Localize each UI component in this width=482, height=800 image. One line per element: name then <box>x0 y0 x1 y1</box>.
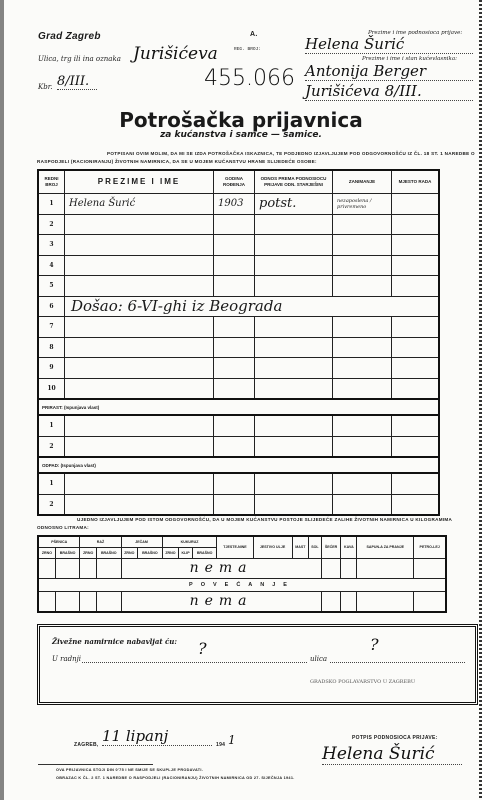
sub-grain: ZRNO <box>121 548 138 559</box>
footnote-divider <box>38 764 153 765</box>
birth-year[interactable] <box>214 415 255 436</box>
table-row: 6 Došao: 6-VI-ghi iz Beograda <box>38 296 439 317</box>
relation[interactable] <box>255 378 333 399</box>
person-name[interactable] <box>65 235 214 256</box>
table-row: 8 <box>38 337 439 358</box>
form-title: Potrošačka prijavnica <box>0 108 482 132</box>
shop-field[interactable] <box>82 661 307 663</box>
header-petroleum: PETRO-LEJ <box>414 536 446 559</box>
workplace[interactable] <box>392 235 440 256</box>
sub-grain: ZRNO <box>162 548 179 559</box>
procurement-label: Živežne namirnice nabavljat ću: <box>52 637 177 646</box>
header-workplace: MJESTO RADA <box>392 170 440 194</box>
header-year: GODINA ROĐENJA <box>214 170 255 194</box>
relation[interactable] <box>255 436 333 457</box>
occupation[interactable] <box>333 415 392 436</box>
owner-name: Antonija Berger <box>305 62 473 81</box>
reg-number: 455.066 <box>204 66 295 91</box>
occupation[interactable] <box>333 276 392 297</box>
house-value: 8/III. <box>57 74 97 90</box>
reg-label: REG. BROJ: <box>234 47 261 52</box>
table-row: 1 Helena Šurić 1903 potst. nezaposlena /… <box>38 194 439 215</box>
header-soap: SAPUN-A ZA PRANJE <box>357 536 414 559</box>
owner-address: Jurišićeva 8/III. <box>305 82 473 101</box>
decrease-section: ODPAD: (Ispunjava vlast) <box>38 457 439 473</box>
birth-year[interactable] <box>214 337 255 358</box>
birth-year[interactable] <box>214 276 255 297</box>
table-row: 7 <box>38 317 439 338</box>
row-no: 7 <box>38 317 65 338</box>
street-value: ? <box>370 635 379 654</box>
supply-cell[interactable] <box>80 559 97 579</box>
supplies-table: PŠENICA RAŽ JEČAM KUKURUZ TJESTE-NINE JE… <box>37 535 447 613</box>
row-no: 6 <box>38 296 65 317</box>
person-name[interactable]: Helena Šurić <box>65 194 214 215</box>
decrease-label: ODPAD: (Ispunjava vlast) <box>38 457 439 473</box>
occupation[interactable] <box>333 436 392 457</box>
row-no: 2 <box>38 214 65 235</box>
form-letter: A. <box>250 31 258 38</box>
supply-cell[interactable] <box>80 592 97 613</box>
row-no: 3 <box>38 235 65 256</box>
relation[interactable] <box>255 358 333 379</box>
sub-grain: ZRNO <box>38 548 55 559</box>
birth-year[interactable] <box>214 214 255 235</box>
supply-cell[interactable] <box>357 592 414 613</box>
header-barley: JEČAM <box>121 536 162 548</box>
birth-year[interactable] <box>214 436 255 457</box>
header-lard: MAST <box>292 536 309 559</box>
workplace[interactable] <box>392 494 440 515</box>
city-label: Grad Zagreb <box>38 31 101 42</box>
supply-handwritten[interactable]: nema <box>121 592 321 613</box>
person-name[interactable] <box>65 494 214 515</box>
relation[interactable] <box>255 317 333 338</box>
sub-flour: BRAŠNO <box>192 548 217 559</box>
supply-cell[interactable] <box>341 559 357 579</box>
row-no: 9 <box>38 358 65 379</box>
workplace[interactable] <box>392 276 440 297</box>
birth-year[interactable] <box>214 494 255 515</box>
header-oil: JESTIVO ULJE <box>253 536 292 559</box>
workplace[interactable] <box>392 473 440 494</box>
table-row: 9 <box>38 358 439 379</box>
row-no: 1 <box>38 415 65 436</box>
signature-label: POTPIS PODNOSIOCA PRIJAVE: <box>352 735 438 741</box>
intro-text: POTPISANI OVIM MOLIM, DA MI SE IZDA POTR… <box>37 150 477 166</box>
house-label: Kbr. <box>38 83 53 91</box>
street-field[interactable] <box>330 661 465 663</box>
office-stamp: GRADSKO POGLAVARSTVO U ZAGREBU <box>310 679 415 685</box>
person-name[interactable] <box>65 214 214 235</box>
header-pasta: TJESTE-NINE <box>217 536 253 559</box>
table-row: 1 <box>38 415 439 436</box>
relation[interactable] <box>255 276 333 297</box>
birth-year[interactable] <box>214 235 255 256</box>
person-name[interactable] <box>65 358 214 379</box>
occupation[interactable]: nezaposlena / privremeno <box>333 194 392 215</box>
workplace[interactable] <box>392 415 440 436</box>
supply-cell[interactable] <box>38 592 55 613</box>
occupation[interactable] <box>333 473 392 494</box>
person-name[interactable] <box>65 255 214 276</box>
supplies-row: nema <box>38 592 446 613</box>
place-label: ZAGREB, <box>74 742 99 748</box>
relation[interactable] <box>255 337 333 358</box>
date-value: 11 lipanj <box>102 727 212 746</box>
sub-flour: BRAŠNO <box>138 548 163 559</box>
header-occupation: ZANIMANJE <box>333 170 392 194</box>
supply-cell[interactable] <box>357 559 414 579</box>
street-value: Jurišićeva <box>133 44 218 64</box>
year-prefix: 194 <box>216 742 225 748</box>
birth-year[interactable] <box>214 317 255 338</box>
table-row: 10 <box>38 378 439 399</box>
header-name: PREZIME I IME <box>65 170 214 194</box>
supply-cell[interactable] <box>55 592 80 613</box>
table-row: 2 <box>38 494 439 515</box>
occupation[interactable] <box>333 214 392 235</box>
header-no: REDNI BROJ <box>38 170 65 194</box>
relation[interactable] <box>255 214 333 235</box>
birth-year[interactable] <box>214 255 255 276</box>
supply-cell[interactable] <box>55 559 80 579</box>
table-row: 1 <box>38 473 439 494</box>
supplies-row: nema <box>38 559 446 579</box>
supply-cell[interactable] <box>38 559 55 579</box>
persons-table: REDNI BROJ PREZIME I IME GODINA ROĐENJA … <box>37 169 440 516</box>
supply-cell[interactable] <box>321 559 341 579</box>
increase-label: POVEĆANJE <box>38 579 446 592</box>
arrival-note[interactable]: Došao: 6-VI-ghi iz Beograda <box>65 296 440 317</box>
header-coffee: KAVA <box>341 536 357 559</box>
workplace[interactable] <box>392 317 440 338</box>
workplace[interactable] <box>392 194 440 215</box>
occupation[interactable] <box>333 358 392 379</box>
shop-value: ? <box>198 639 207 658</box>
relation[interactable] <box>255 473 333 494</box>
row-no: 4 <box>38 255 65 276</box>
street-label: ulica <box>310 655 327 663</box>
workplace[interactable] <box>392 214 440 235</box>
header-salt: SOL <box>309 536 321 559</box>
relation[interactable] <box>255 494 333 515</box>
birth-year[interactable] <box>214 473 255 494</box>
table-row: 5 <box>38 276 439 297</box>
year-suffix: 1 <box>228 733 236 747</box>
header-relation: ODNOS PREMA PODNOSIOCU PRIJAVE ODN. STAR… <box>255 170 333 194</box>
person-name[interactable] <box>65 378 214 399</box>
supply-cell[interactable] <box>414 592 446 613</box>
table-row: 4 <box>38 255 439 276</box>
supplies-intro: UJEDNO IZJAVLJUJEM POD ISTOM ODGOVORNOŠĆ… <box>37 516 477 532</box>
occupation[interactable] <box>333 494 392 515</box>
footnote-regulation: OBRAZAC K ČL. 2 ST. 1 NAREDBE O RASPODJE… <box>56 776 295 780</box>
form-subtitle: za kućanstva i samce — samice. <box>0 130 482 140</box>
occupation[interactable] <box>333 337 392 358</box>
applicant-value: Helena Šurić <box>305 35 473 54</box>
person-name[interactable] <box>65 337 214 358</box>
relation[interactable] <box>255 415 333 436</box>
street-label: Ulica, trg ili ina oznaka <box>38 55 121 63</box>
row-no: 1 <box>38 194 65 215</box>
header-wheat: PŠENICA <box>38 536 80 548</box>
birth-year[interactable] <box>214 378 255 399</box>
sub-cob: KLIP <box>179 548 193 559</box>
relation[interactable]: potst. <box>255 194 333 215</box>
person-name[interactable] <box>65 473 214 494</box>
row-no: 2 <box>38 494 65 515</box>
workplace[interactable] <box>392 358 440 379</box>
person-name[interactable] <box>65 276 214 297</box>
birth-year[interactable]: 1903 <box>214 194 255 215</box>
supply-cell[interactable] <box>96 559 121 579</box>
workplace[interactable] <box>392 378 440 399</box>
person-name[interactable] <box>65 317 214 338</box>
table-row: 3 <box>38 235 439 256</box>
footnote-price: OVA PRIJAVNICA STOJI DIN 0'75 I NE SMIJE… <box>56 768 203 772</box>
sub-flour: BRAŠNO <box>96 548 121 559</box>
supply-cell[interactable] <box>414 559 446 579</box>
relation[interactable] <box>255 255 333 276</box>
signature: Helena Šurić <box>322 744 462 765</box>
increase-section: PRIRAST: (Ispunjava vlast) <box>38 399 439 415</box>
header-corn: KUKURUZ <box>162 536 217 548</box>
row-no: 1 <box>38 473 65 494</box>
birth-year[interactable] <box>214 358 255 379</box>
table-row: 2 <box>38 214 439 235</box>
supply-cell[interactable] <box>96 592 121 613</box>
row-no: 8 <box>38 337 65 358</box>
supply-cell[interactable] <box>321 592 341 613</box>
occupation[interactable] <box>333 317 392 338</box>
workplace[interactable] <box>392 255 440 276</box>
supply-cell[interactable] <box>341 592 357 613</box>
workplace[interactable] <box>392 436 440 457</box>
row-no: 5 <box>38 276 65 297</box>
increase-label: PRIRAST: (Ispunjava vlast) <box>38 399 439 415</box>
sub-grain: ZRNO <box>80 548 97 559</box>
supply-handwritten[interactable]: nema <box>121 559 321 579</box>
shop-label: U radnji <box>52 655 81 663</box>
row-no: 2 <box>38 436 65 457</box>
occupation[interactable] <box>333 255 392 276</box>
workplace[interactable] <box>392 337 440 358</box>
relation[interactable] <box>255 235 333 256</box>
sub-flour: BRAŠNO <box>55 548 80 559</box>
person-name[interactable] <box>65 436 214 457</box>
occupation[interactable] <box>333 378 392 399</box>
procurement-box: Živežne namirnice nabavljat ću: U radnji… <box>37 624 478 705</box>
header-sugar: ŠEĆER <box>321 536 341 559</box>
occupation[interactable] <box>333 235 392 256</box>
person-name[interactable] <box>65 415 214 436</box>
row-no: 10 <box>38 378 65 399</box>
table-row: 2 <box>38 436 439 457</box>
header-rye: RAŽ <box>80 536 121 548</box>
